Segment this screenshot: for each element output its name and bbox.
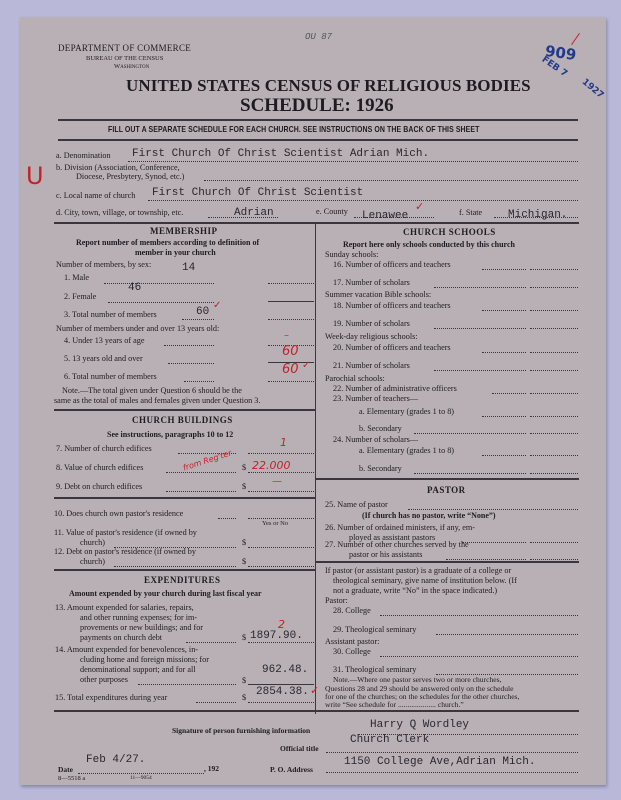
q23b-label: b. Secondary <box>359 424 402 433</box>
currency-sign-7: $ <box>242 693 246 702</box>
county-value[interactable]: Lenawee <box>362 210 408 222</box>
graduate-instruction: If pastor (or assistant pastor) is a gra… <box>325 566 511 575</box>
division-label-2: Diocese, Presbytery, Synod, etc.) <box>76 172 184 181</box>
buildings-heading: CHURCH BUILDINGS <box>132 415 233 425</box>
column-divider <box>315 222 316 714</box>
q23b-field[interactable] <box>530 433 578 434</box>
q23-label: 23. Number of teachers— <box>333 394 418 403</box>
signature-value[interactable]: Harry Q Wordley <box>370 719 469 731</box>
running-expenses-label: 13. Amount expended for salaries, repair… <box>55 603 194 612</box>
benevolences-label-4: other purposes <box>80 675 128 684</box>
residence-value-field[interactable] <box>248 547 314 548</box>
q23a-label: a. Elementary (grades 1 to 8) <box>359 407 454 416</box>
denomination-value[interactable]: First Church Of Christ Scientist Adrian … <box>132 148 429 160</box>
instruction-banner: FILL OUT A SEPARATE SCHEDULE FOR EACH CH… <box>108 124 479 134</box>
membership-note: Note.—The total given under Question 6 s… <box>62 386 242 395</box>
edifice-value-line <box>166 472 236 473</box>
graduate-instruction-3: not a graduate, write “No” in the space … <box>333 586 497 595</box>
female-label: 2. Female <box>64 292 96 301</box>
header-rule-bottom <box>58 139 578 141</box>
division-label: b. Division (Association, Conference, <box>56 163 180 172</box>
state-value[interactable]: Michigan. <box>508 209 567 221</box>
benevolences-label-2: cluding home and foreign missions; for <box>80 655 209 664</box>
residence-value-label: 11. Value of pastor's residence (if owne… <box>54 528 197 537</box>
state-label: f. State <box>459 208 482 217</box>
q27-field[interactable] <box>530 559 578 560</box>
q21-field[interactable] <box>530 370 578 371</box>
q23a-field[interactable] <box>530 416 578 417</box>
running-expenses-right-line <box>248 642 314 643</box>
currency-sign-3: $ <box>242 538 246 547</box>
female-line <box>108 302 214 303</box>
total-expenditures-right-line <box>248 702 314 703</box>
edifices-label: 7. Number of church edifices <box>56 444 152 453</box>
q26-field[interactable] <box>530 542 578 543</box>
running-expenses-line <box>186 642 236 643</box>
edifice-value-label: 8. Value of church edifices <box>56 463 143 472</box>
male-total-line <box>268 283 314 284</box>
graduate-instruction-2: theological seminary, give name of insti… <box>333 576 517 585</box>
over-13-line <box>168 363 214 364</box>
total-members-right-line-2 <box>268 381 314 382</box>
female-value[interactable]: 46 <box>128 282 141 294</box>
assistant-college-label: 30. College <box>333 647 371 656</box>
benevolences-line <box>138 684 236 685</box>
q27-label: 27. Number of other churches served by t… <box>325 540 469 549</box>
denomination-label: a. Denomination <box>56 151 111 160</box>
bureau-heading: BUREAU OF THE CENSUS <box>86 55 163 62</box>
bottom-rule <box>54 710 579 712</box>
total-members-value[interactable]: 60 <box>196 306 209 318</box>
pastor-seminary-field[interactable] <box>436 634 578 635</box>
total-check-mark: ✓ <box>213 300 221 311</box>
header-rule-top <box>58 119 578 121</box>
expenditures-subtitle: Amount expended by your church during la… <box>69 589 262 598</box>
date-line <box>78 773 204 774</box>
schedule-title: SCHEDULE: 1926 <box>240 95 394 117</box>
schools-rule <box>315 478 579 480</box>
membership-heading: MEMBERSHIP <box>150 226 218 236</box>
print-code: 11—9054 <box>130 775 152 781</box>
over-13-label: 5. 13 years old and over <box>64 354 143 363</box>
signature-label: Signature of person furnishing informati… <box>172 726 310 735</box>
q16-field[interactable] <box>530 269 578 270</box>
q24a-field[interactable] <box>530 455 578 456</box>
edifice-debt-value[interactable]: — <box>272 476 282 487</box>
total-expenditures-value[interactable]: 2854.38. <box>256 686 309 698</box>
q24-label: 24. Number of scholars— <box>333 435 418 444</box>
assistant-seminary-label: 31. Theological seminary <box>333 665 416 674</box>
q18-field[interactable] <box>530 310 578 311</box>
benevolences-label: 14. Amount expended for benevolences, in… <box>55 645 198 654</box>
running-expenses-label-4: payments on church debt <box>80 633 162 642</box>
assistant-pastor-label: Assistant pastor: <box>325 637 379 646</box>
currency-sign-2: $ <box>242 482 246 491</box>
running-expenses-label-2: and other running expenses; for im- <box>80 613 197 622</box>
currency-sign-6: $ <box>242 676 246 685</box>
edifice-debt-right-line <box>248 491 314 492</box>
pastor-note-4: write “See schedule for ................… <box>325 700 464 709</box>
residence-debt-field[interactable] <box>248 566 314 567</box>
membership-note-2: same as the total of males and females g… <box>54 396 260 405</box>
owns-residence-label: 10. Does church own pastor's residence <box>54 509 183 518</box>
buildings-subtitle: See instructions, paragraphs 10 to 12 <box>107 430 233 439</box>
expenditures-heading: EXPENDITURES <box>144 575 221 585</box>
membership-subtitle: Report number of members according to de… <box>76 238 259 247</box>
sunday-schools-label: Sunday schools: <box>325 250 378 259</box>
q19-line <box>434 328 526 329</box>
owns-residence-field[interactable] <box>248 518 314 519</box>
department-heading: DEPARTMENT OF COMMERCE <box>58 43 191 53</box>
weekday-schools-label: Week-day religious schools: <box>325 332 418 341</box>
total-right-line <box>268 319 314 320</box>
division-field[interactable] <box>204 180 578 181</box>
pastor-rule <box>315 561 579 563</box>
assistant-college-field[interactable] <box>380 656 578 657</box>
edifice-value[interactable]: 22.000 <box>252 459 291 472</box>
total-expenditures-label: 15. Total expenditures during year <box>55 693 167 702</box>
q26-label: 26. Number of ordained ministers, if any… <box>325 523 475 532</box>
residence-value-label-2: church) <box>80 538 105 547</box>
q23a-line <box>482 416 526 417</box>
q24b-line <box>414 473 526 474</box>
female-sum-rule <box>268 301 314 302</box>
total-expenditures-line <box>196 702 236 703</box>
male-value[interactable]: 14 <box>182 262 195 274</box>
q22-field[interactable] <box>530 393 578 394</box>
under-13-value[interactable]: – <box>284 330 289 341</box>
date-suffix: , 192 <box>204 764 219 773</box>
total-members-label-2: 6. Total number of members <box>64 372 157 381</box>
edifice-value-right-line <box>248 472 314 473</box>
q27-line <box>446 559 526 560</box>
q19-label: 19. Number of scholars <box>333 319 410 328</box>
q24a-label: a. Elementary (grades 1 to 8) <box>359 446 454 455</box>
male-line <box>104 283 214 284</box>
by-sex-label: Number of members, by sex: <box>56 260 151 269</box>
official-title-value[interactable]: Church Clerk <box>350 734 429 746</box>
benevolences-label-3: denominational support; and for all <box>80 665 196 674</box>
owns-residence-line <box>218 518 236 519</box>
total-check-mark-2: ✓ <box>310 684 319 697</box>
edifices-value[interactable]: 1 <box>280 436 287 449</box>
pastor-name-field[interactable] <box>408 509 578 510</box>
pencil-note: OU 87 <box>305 32 332 42</box>
q17-line <box>434 287 526 288</box>
document-title: UNITED STATES CENSUS OF RELIGIOUS BODIES <box>126 76 531 96</box>
currency-sign-5: $ <box>242 633 246 642</box>
q23b-line <box>414 433 526 434</box>
total-members-label: 3. Total number of members <box>64 310 157 319</box>
q18-line <box>482 310 526 311</box>
currency-sign: $ <box>242 463 246 472</box>
city-value[interactable]: Adrian <box>234 207 274 219</box>
county-check-mark: ✓ <box>415 200 424 213</box>
local-name-line <box>148 200 578 201</box>
pastor-college-field[interactable] <box>380 615 578 616</box>
residence-debt-label-2: church) <box>80 557 105 566</box>
currency-sign-4: $ <box>242 557 246 566</box>
q27-label-2: pastor or his assistants <box>349 550 422 559</box>
residence-debt-line <box>114 566 236 567</box>
q21-label: 21. Number of scholars <box>333 361 410 370</box>
address-label: P. O. Address <box>270 765 313 774</box>
denomination-line <box>128 161 578 162</box>
running-expenses-value[interactable]: 1897.90. <box>250 630 303 642</box>
yes-no-hint: Yes or No <box>262 520 288 527</box>
residence-rule <box>54 569 315 571</box>
city-heading: Washington <box>114 63 149 70</box>
total-members-line-2 <box>184 381 214 382</box>
over-13-value[interactable]: 60 <box>282 344 299 359</box>
pastor-name-hint: (If church has no pastor, write “None”) <box>362 511 496 520</box>
pastor-college-label: 28. College <box>333 606 371 615</box>
q20-line <box>482 352 526 353</box>
q24a-line <box>482 455 526 456</box>
q18-label: 18. Number of officers and teachers <box>333 301 451 310</box>
residence-debt-label: 12. Debt on pastor's residence (if owned… <box>54 547 196 556</box>
q16-line <box>482 269 526 270</box>
male-label: 1. Male <box>64 273 89 282</box>
pastor-name-label: 25. Name of pastor <box>325 500 388 509</box>
edifice-debt-label: 9. Debt on church edifices <box>56 482 142 491</box>
under-13-line <box>164 345 214 346</box>
buildings-rule <box>54 497 315 499</box>
local-name-label: c. Local name of church <box>56 191 135 200</box>
q20-field[interactable] <box>530 352 578 353</box>
pastor-note: Note.—Where one pastor serves two or mor… <box>333 675 501 684</box>
q22-label: 22. Number of administrative officers <box>333 384 457 393</box>
total-members-value-2[interactable]: 60 <box>282 362 299 377</box>
q24b-label: b. Secondary <box>359 464 402 473</box>
age-label: Number of members under and over 13 year… <box>56 324 219 333</box>
date-value[interactable]: Feb 4/27. <box>86 754 145 766</box>
total-line <box>182 319 214 320</box>
pastor-heading: PASTOR <box>427 485 466 495</box>
pastor-sub-label: Pastor: <box>325 596 348 605</box>
total-members-check-mark: ✓ <box>302 360 310 371</box>
address-value[interactable]: 1150 College Ave,Adrian Mich. <box>344 756 535 768</box>
membership-subtitle-2: member in your church <box>135 248 216 257</box>
county-label: e. County <box>316 207 348 216</box>
benevolences-sum-rule <box>248 684 314 685</box>
running-expenses-correction: 2 <box>278 618 285 631</box>
q26-line <box>462 542 526 543</box>
q24b-field[interactable] <box>530 473 578 474</box>
q16-label: 16. Number of officers and teachers <box>333 260 451 269</box>
running-expenses-label-3: provements or new buildings; and for <box>80 623 203 632</box>
official-title-line <box>326 752 578 753</box>
q19-field[interactable] <box>530 328 578 329</box>
city-label: d. City, town, village, or township, etc… <box>56 208 183 217</box>
local-name-value[interactable]: First Church Of Christ Scientist <box>152 187 363 199</box>
q17-label: 17. Number of scholars <box>333 278 410 287</box>
q22-line <box>492 393 526 394</box>
q17-field[interactable] <box>530 287 578 288</box>
edifices-right-line <box>248 453 314 454</box>
summer-schools-label: Summer vacation Bible schools: <box>325 290 431 299</box>
section-rule <box>54 222 579 224</box>
pastor-seminary-label: 29. Theological seminary <box>333 625 416 634</box>
schools-heading: CHURCH SCHOOLS <box>403 227 496 237</box>
schools-subtitle: Report here only schools conducted by th… <box>343 240 515 249</box>
under-13-label: 4. Under 13 years of age <box>64 336 144 345</box>
official-title-label: Official title <box>280 744 319 753</box>
q21-line <box>434 370 526 371</box>
q20-label: 20. Number of officers and teachers <box>333 343 451 352</box>
benevolences-value[interactable]: 962.48. <box>262 664 308 676</box>
margin-mark: U <box>26 162 44 190</box>
date-label: Date <box>58 765 73 774</box>
parochial-schools-label: Parochial schools: <box>325 374 385 383</box>
membership-rule <box>54 409 315 411</box>
address-line <box>326 772 578 773</box>
form-number: 8—5518 a <box>58 775 85 782</box>
edifice-debt-line <box>166 491 236 492</box>
